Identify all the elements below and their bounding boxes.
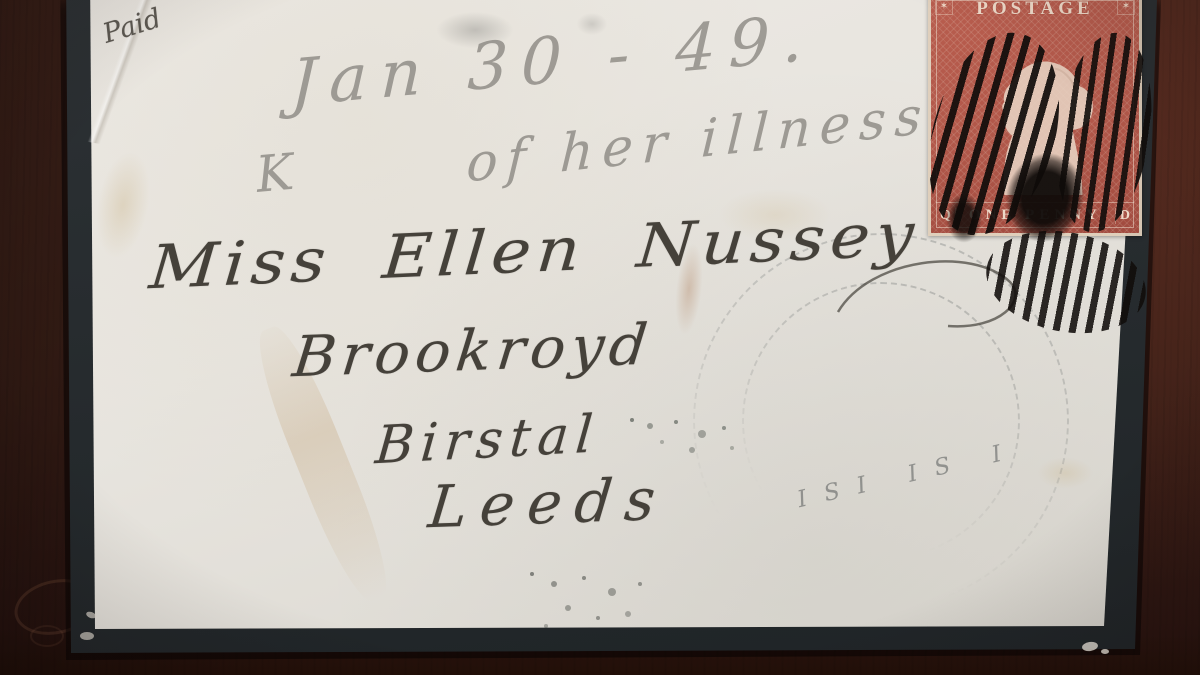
queen-victoria-profile: [957, 19, 1113, 197]
address-line-city: Leeds: [426, 470, 671, 537]
address-line-town: Birstal: [373, 408, 601, 472]
stamp-corner-letter-q: Q: [936, 208, 956, 224]
stamp-one-penny-label: ONE PENNY: [956, 207, 1115, 224]
pencil-initial-annotation: K: [254, 147, 296, 200]
signature-flourish: [830, 242, 1040, 362]
ink-speckles: [630, 418, 634, 422]
border-chip: [1101, 649, 1109, 654]
penny-red-stamp: ✶ ✶ POSTAGE Q ONE PENNY D: [928, 0, 1142, 236]
ink-speckles: [530, 572, 534, 576]
border-chip: [80, 632, 94, 640]
photo-of-mourning-envelope: ISI IS I Jan 30 - 49. K of her illness P…: [0, 0, 1200, 675]
stamp-corner-letter-d: D: [1115, 208, 1134, 224]
wood-scratch-mark: [30, 625, 64, 647]
stamp-engraved-field: ✶ ✶ POSTAGE Q ONE PENNY D: [931, 0, 1139, 233]
stamp-postage-label: POSTAGE: [931, 0, 1139, 20]
stamp-value-band: Q ONE PENNY D: [936, 202, 1134, 228]
address-line-house: Brookroyd: [290, 317, 655, 386]
